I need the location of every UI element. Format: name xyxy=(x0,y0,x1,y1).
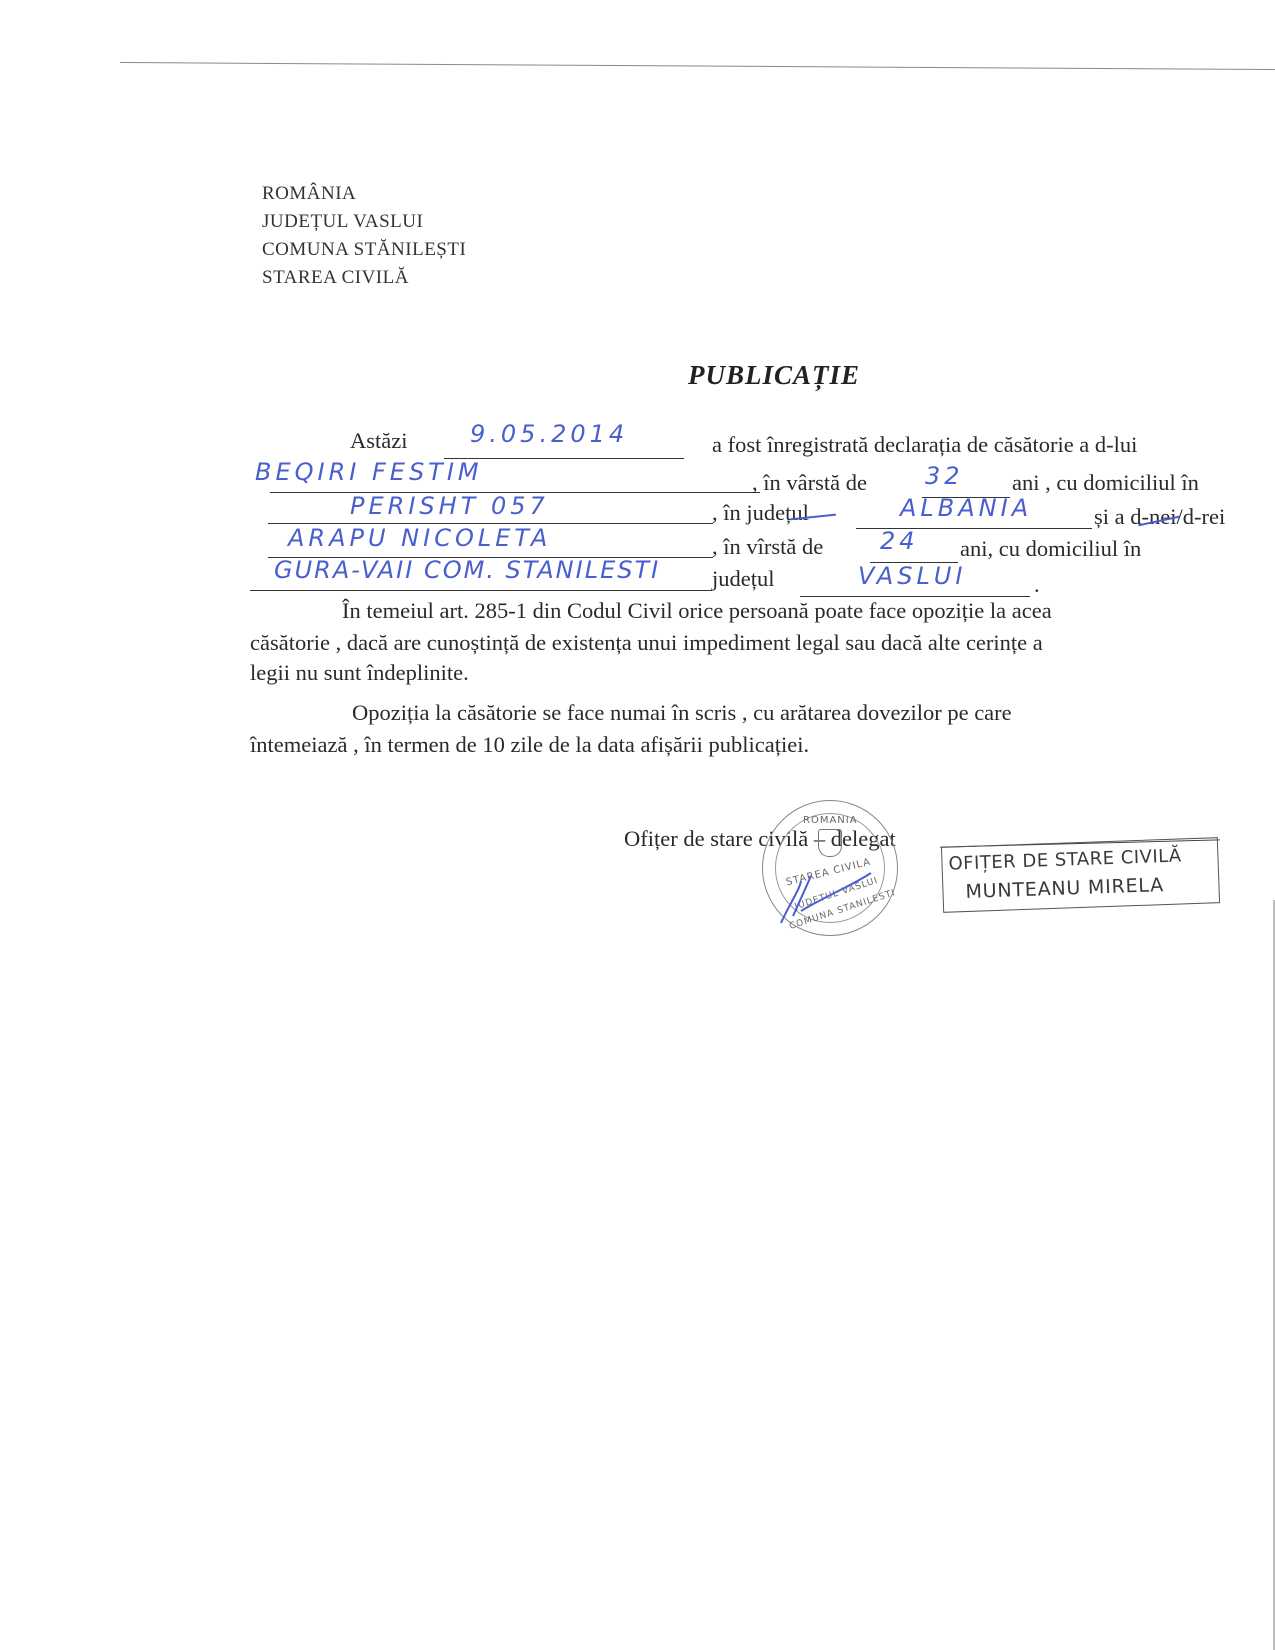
header-country: ROMÂNIA xyxy=(262,180,466,208)
domicile-label-groom: ani , cu domiciliul în xyxy=(1012,470,1199,496)
age-label-bride: , în vîrstă de xyxy=(712,534,823,560)
bride-county-field[interactable]: VASLUI xyxy=(858,562,966,590)
coat-of-arms-icon xyxy=(818,829,842,857)
issuer-header: ROMÂNIA JUDEȚUL VASLUI COMUNA STĂNILEȘTI… xyxy=(262,180,466,292)
round-stamp: ROMANIA STAREA CIVILA JUDETUL VASLUI COM… xyxy=(762,800,898,936)
age-label-groom: , în vârstă de xyxy=(752,470,867,496)
opposition-paragraph-line-2: întemeiază , în termen de 10 zile de la … xyxy=(250,732,809,758)
header-commune: COMUNA STĂNILEȘTI xyxy=(262,236,466,264)
bride-county-line xyxy=(800,596,1030,597)
groom-county-field[interactable]: ALBANIA xyxy=(900,494,1032,522)
county-label-bride: județul xyxy=(712,566,775,592)
bride-age-field[interactable]: 24 xyxy=(880,527,919,555)
groom-age-field[interactable]: 32 xyxy=(925,462,964,490)
signature-scribble-icon xyxy=(771,861,881,931)
domicile-label-bride: ani, cu domiciliul în xyxy=(960,536,1141,562)
header-office: STAREA CIVILĂ xyxy=(262,264,466,292)
legal-paragraph-line-1: În temeiul art. 285-1 din Codul Civil or… xyxy=(342,598,1052,624)
registered-text: a fost înregistrată declarația de căsăto… xyxy=(712,432,1137,458)
groom-name-field[interactable]: BEQIRI FESTIM xyxy=(255,458,483,486)
bride-name-field[interactable]: ARAPU NICOLETA xyxy=(288,524,551,552)
end-period: . xyxy=(1034,572,1040,598)
officer-name: MUNTEANU MIRELA xyxy=(965,874,1164,903)
today-label: Astăzi xyxy=(350,428,407,454)
officer-name-stamp: OFIȚER DE STARE CIVILĂ MUNTEANU MIRELA xyxy=(941,837,1220,913)
groom-address-field[interactable]: PERISHT 057 xyxy=(350,492,549,520)
county-label-groom: , în județul xyxy=(712,500,809,526)
document-title: PUBLICAȚIE xyxy=(688,360,860,391)
header-county: JUDEȚUL VASLUI xyxy=(262,208,466,236)
legal-paragraph-line-2: căsătorie , dacă are cunoștință de exist… xyxy=(250,630,1043,656)
bride-address-field[interactable]: GURA-VAII COM. STANILESTI xyxy=(274,556,660,584)
date-field[interactable]: 9.05.2014 xyxy=(470,420,628,448)
stamp-text-top: ROMANIA xyxy=(803,815,858,826)
officer-title: OFIȚER DE STARE CIVILĂ xyxy=(948,845,1182,874)
legal-paragraph-line-3: legii nu sunt îndeplinite. xyxy=(250,660,469,686)
bride-address-line xyxy=(250,590,712,591)
scan-edge-line xyxy=(120,62,1275,70)
opposition-paragraph-line-1: Opoziția la căsătorie se face numai în s… xyxy=(352,700,1012,726)
bride-intro: și a d-nei/d-rei xyxy=(1094,504,1225,530)
